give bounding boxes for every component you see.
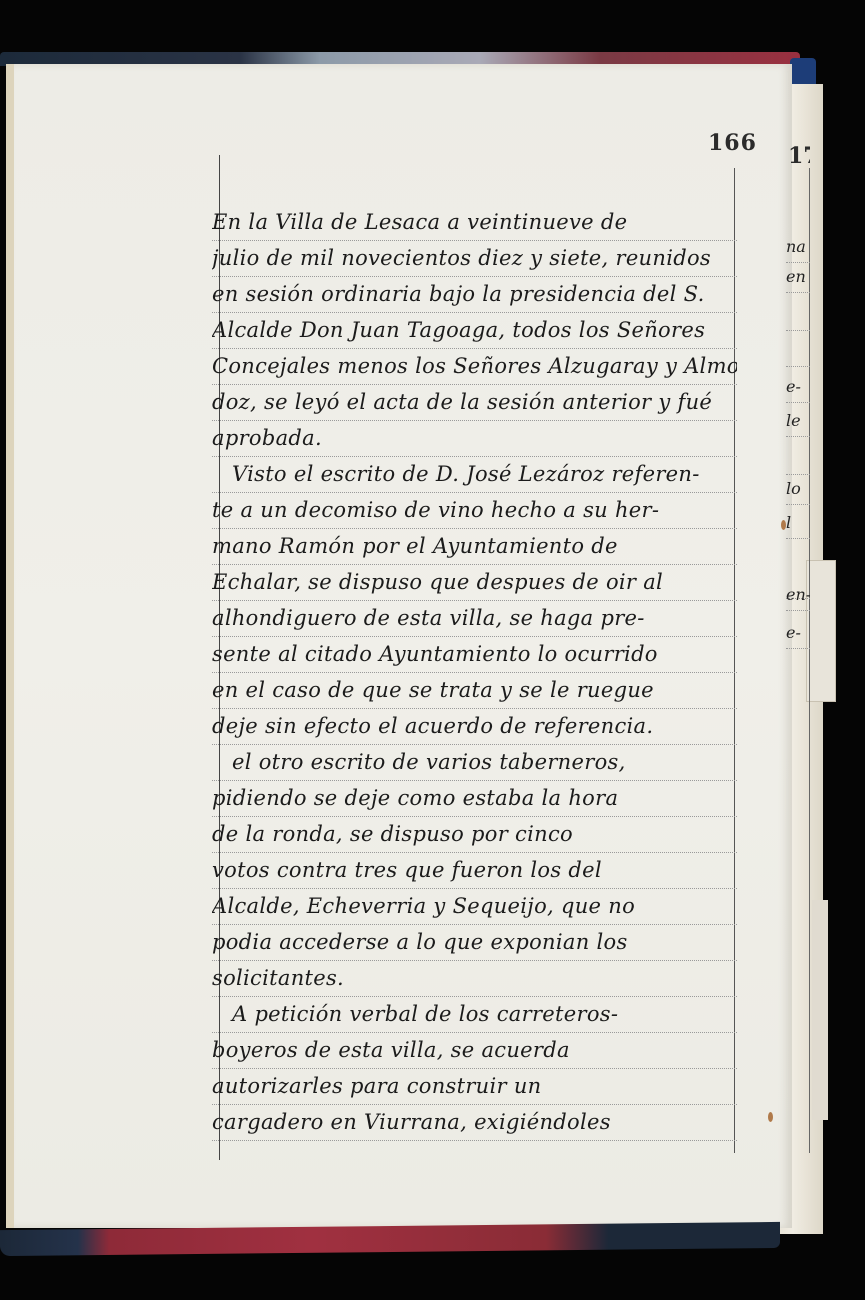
text-line: A petición verbal de los carreteros- bbox=[212, 996, 737, 1033]
text-line: doz, se leyó el acta de la sesión anteri… bbox=[212, 384, 737, 421]
text-line: votos contra tres que fueron los del bbox=[212, 852, 737, 889]
text-line: julio de mil novecientos diez y siete, r… bbox=[212, 240, 737, 277]
text-line: en el caso de que se trata y se le ruegu… bbox=[212, 672, 737, 709]
text-line: En la Villa de Lesaca a veintinueve de bbox=[212, 204, 737, 241]
next-page-number: 17 bbox=[788, 143, 810, 169]
next-page-fragment: l bbox=[786, 508, 810, 539]
text-line: de la ronda, se dispuso por cinco bbox=[212, 816, 737, 853]
next-page-fragment: le bbox=[786, 406, 810, 437]
text-line: Concejales menos los Señores Alzugaray y… bbox=[212, 348, 737, 385]
next-page-fragment bbox=[786, 444, 810, 475]
text-line: el otro escrito de varios taberneros, bbox=[212, 744, 737, 781]
next-page-fragment: e- bbox=[786, 372, 810, 403]
next-page-flap bbox=[806, 560, 836, 702]
text-line: cargadero en Viurrana, exigiéndoles bbox=[212, 1104, 737, 1141]
text-line: Alcalde, Echeverria y Sequeijo, que no bbox=[212, 888, 737, 925]
text-line: autorizarles para construir un bbox=[212, 1068, 737, 1105]
page-number: 166 bbox=[708, 130, 757, 156]
text-line: boyeros de esta villa, se acuerda bbox=[212, 1032, 737, 1069]
next-page-fragment: lo bbox=[786, 474, 810, 505]
text-line: aprobada. bbox=[212, 420, 737, 457]
text-line: Alcalde Don Juan Tagoaga, todos los Seño… bbox=[212, 312, 737, 349]
next-page-fragment: e- bbox=[786, 618, 810, 649]
text-line: podia accederse a lo que exponian los bbox=[212, 924, 737, 961]
next-page-fragment: en- bbox=[786, 580, 810, 611]
text-line: sente al citado Ayuntamiento lo ocurrido bbox=[212, 636, 737, 673]
text-line: te a un decomiso de vino hecho a su her- bbox=[212, 492, 737, 529]
text-line: Echalar, se dispuso que despues de oir a… bbox=[212, 564, 737, 601]
next-page-fragment bbox=[786, 300, 810, 331]
text-line: mano Ramón por el Ayuntamiento de bbox=[212, 528, 737, 565]
next-page-fragment: en bbox=[786, 262, 810, 293]
next-page-fragment: na bbox=[786, 232, 810, 263]
text-line: deje sin efecto el acuerdo de referencia… bbox=[212, 708, 737, 745]
text-line: en sesión ordinaria bajo la presidencia … bbox=[212, 276, 737, 313]
next-page-flap-lower bbox=[812, 900, 828, 1120]
next-page-fragment bbox=[786, 336, 810, 367]
text-line: Visto el escrito de D. José Lezároz refe… bbox=[212, 456, 737, 493]
paper-stain bbox=[768, 1112, 773, 1122]
text-line: alhondiguero de esta villa, se haga pre- bbox=[212, 600, 737, 637]
text-line: pidiendo se deje como estaba la hora bbox=[212, 780, 737, 817]
text-line: solicitantes. bbox=[212, 960, 737, 997]
